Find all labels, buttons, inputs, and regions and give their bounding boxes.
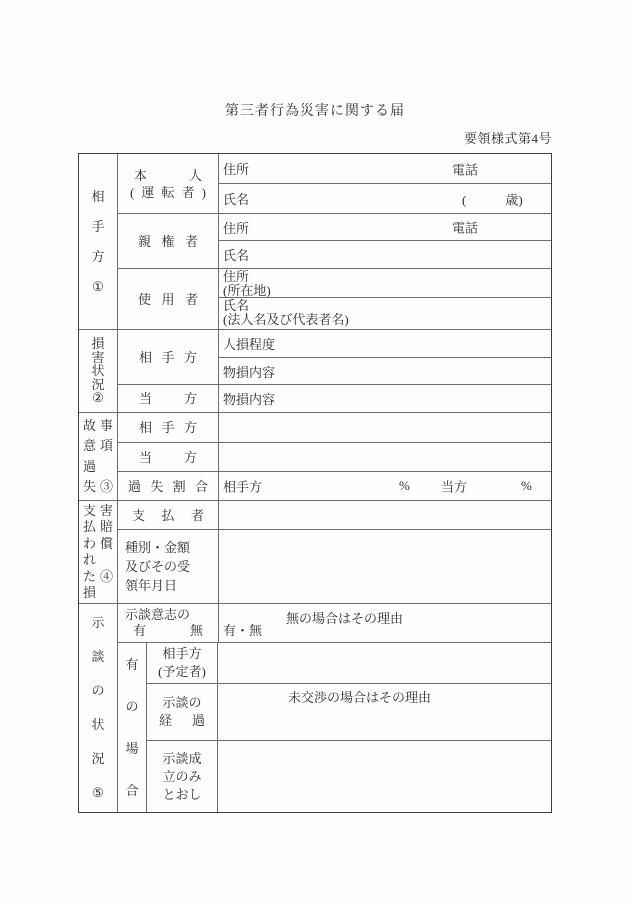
section-other-party: 相手方① 本人 (運転者) 住所 電話 <box>79 154 551 330</box>
row-personal-damage: 人損程度 <box>219 330 551 358</box>
form-table: 相手方① 本人 (運転者) 住所 電話 <box>78 153 552 813</box>
cell-blank <box>219 501 551 529</box>
label-employer: 使用者 <box>118 269 219 329</box>
field-no-negotiation-note: 未交渉の場合はその理由 <box>288 687 431 706</box>
section-intent-negligence: 故事 意項 過 失③ 相手方 当方 過失割合 相手方 % <box>79 413 551 501</box>
cell-employer-address: 住所 (所在地) <box>219 269 551 297</box>
group-if-yes: 有の場合 相手方 (予定者) 示談の 経過 <box>118 643 551 812</box>
label-other-party: 相手方 <box>139 419 197 436</box>
cell-our-property-damage: 物損内容 <box>219 385 551 412</box>
field-address-label: 住所 <box>223 218 249 237</box>
cell-settlement-intent: 有・無 無の場合はその理由 <box>219 604 551 642</box>
section-damage-status: 損害状況② 相手方 人損程度 物損内容 <box>79 330 551 413</box>
cell-blank <box>219 530 551 603</box>
field-no-reason-note: 無の場合はその理由 <box>286 608 403 627</box>
label-other-party: 相手方 <box>118 330 219 384</box>
cell-personal-damage: 人損程度 <box>219 330 551 357</box>
cell-fault-ratio: 相手方 % 当方 % <box>219 472 551 500</box>
row-employer-name: 氏名 (法人名及び代表者名) <box>219 298 551 329</box>
row-type-amount-date: 種別・金額 及びその受 領年月日 <box>118 530 551 603</box>
row-principal-name: 氏名 ( 歳) <box>219 184 551 213</box>
row-negligence-our-side: 当方 <box>118 443 551 472</box>
row-guardian-address: 住所 電話 <box>219 214 551 241</box>
cell-blank <box>218 741 551 812</box>
cell-guardian-address: 住所 電話 <box>219 214 551 240</box>
field-name-label: 氏名 <box>223 299 551 313</box>
label-our-side: 当方 <box>139 449 197 466</box>
field-personal-damage-label: 人損程度 <box>223 334 275 353</box>
section-label-settlement-status: 示談の状況⑤ <box>79 604 118 812</box>
field-address-label: 住所 <box>223 270 551 284</box>
section-label-intent-negligence: 故事 意項 過 失③ <box>79 413 118 500</box>
field-phone-label: 電話 <box>452 218 478 237</box>
row-settlement-outlook: 示談成 立のみ とおし <box>147 741 551 812</box>
field-other-party-label: 相手方 <box>223 477 262 496</box>
cell-property-damage: 物損内容 <box>219 358 551 384</box>
cell-blank <box>218 643 551 683</box>
label-principal-driver: 本人 (運転者) <box>118 154 219 213</box>
cell-employer-name: 氏名 (法人名及び代表者名) <box>219 298 551 329</box>
cell-blank <box>219 443 551 471</box>
field-phone-label: 電話 <box>452 159 478 178</box>
row-guardian-name: 氏名 <box>219 241 551 268</box>
section-paid-compensation: 支害 払賠 わ償 れ た④ 損 支払者 種別・金額 及びその受 <box>79 501 551 604</box>
label-counterpart: 相手方 (予定者) <box>147 643 218 683</box>
field-name-label: 氏名 <box>223 189 249 208</box>
label-settlement-intent: 示談意志の 有無 <box>118 604 219 642</box>
field-percent-sign: % <box>399 478 410 494</box>
field-corp-name-label: (法人名及び代表者名) <box>223 313 551 327</box>
field-our-side-label: 当方 <box>441 477 467 496</box>
field-property-damage-label: 物損内容 <box>223 362 275 381</box>
row-fault-ratio: 過失割合 相手方 % 当方 % <box>118 472 551 500</box>
section-label-other-party: 相手方① <box>79 154 118 329</box>
cell-principal-name: 氏名 ( 歳) <box>219 184 551 213</box>
label-settlement-progress: 示談の 経過 <box>147 684 218 740</box>
row-payer: 支払者 <box>118 501 551 530</box>
field-age-label: ( 歳) <box>462 189 523 208</box>
row-property-damage: 物損内容 <box>219 358 551 384</box>
row-settlement-counterpart: 相手方 (予定者) <box>147 643 551 684</box>
section-label-damage-status: 損害状況② <box>79 330 118 412</box>
document-page: 第三者行為災害に関する届 要領様式第4号 相手方① 本人 (運転者) 住所 電話 <box>0 0 630 903</box>
row-settlement-intent: 示談意志の 有無 有・無 無の場合はその理由 <box>118 604 551 643</box>
label-if-yes: 有の場合 <box>118 643 147 812</box>
group-principal-driver: 本人 (運転者) 住所 電話 氏名 <box>118 154 551 214</box>
field-location-label: (所在地) <box>223 284 551 298</box>
group-guardian: 親権者 住所 電話 氏名 <box>118 214 551 269</box>
label-our-side: 当方 <box>118 385 219 412</box>
row-negligence-other-party: 相手方 <box>118 413 551 443</box>
group-damage-our-side: 当方 物損内容 <box>118 385 551 412</box>
document-title: 第三者行為災害に関する届 <box>0 100 630 120</box>
label-fault-ratio: 過失割合 <box>128 478 208 495</box>
label-guardian: 親権者 <box>118 214 219 268</box>
field-percent-sign: % <box>521 478 532 494</box>
cell-guardian-name: 氏名 <box>219 241 551 268</box>
group-damage-other-party: 相手方 人損程度 物損内容 <box>118 330 551 385</box>
label-driver: (運転者) <box>130 184 206 201</box>
field-property-damage-label: 物損内容 <box>223 389 275 408</box>
label-settlement-outlook: 示談成 立のみ とおし <box>147 741 218 812</box>
section-settlement-status: 示談の状況⑤ 示談意志の 有無 有・無 無の場合はその理由 有の場合 <box>79 604 551 812</box>
row-employer-address: 住所 (所在地) <box>219 269 551 298</box>
field-address-label: 住所 <box>223 159 249 178</box>
field-name-label: 氏名 <box>223 245 249 264</box>
cell-principal-address: 住所 電話 <box>219 154 551 183</box>
label-payer: 支払者 <box>132 507 204 524</box>
section-label-paid-compensation: 支害 払賠 わ償 れ た④ 損 <box>79 501 118 603</box>
label-type-amount-date: 種別・金額 及びその受 領年月日 <box>118 530 219 603</box>
label-principal: 本人 <box>134 167 202 184</box>
row-settlement-progress: 示談の 経過 未交渉の場合はその理由 <box>147 684 551 741</box>
cell-settlement-progress: 未交渉の場合はその理由 <box>218 684 551 740</box>
cell-blank <box>219 413 551 442</box>
field-yes-no: 有・無 <box>223 620 262 639</box>
row-principal-address: 住所 電話 <box>219 154 551 184</box>
form-number: 要領様式第4号 <box>464 128 552 147</box>
group-employer: 使用者 住所 (所在地) 氏名 (法人名及び代表者名) <box>118 269 551 329</box>
